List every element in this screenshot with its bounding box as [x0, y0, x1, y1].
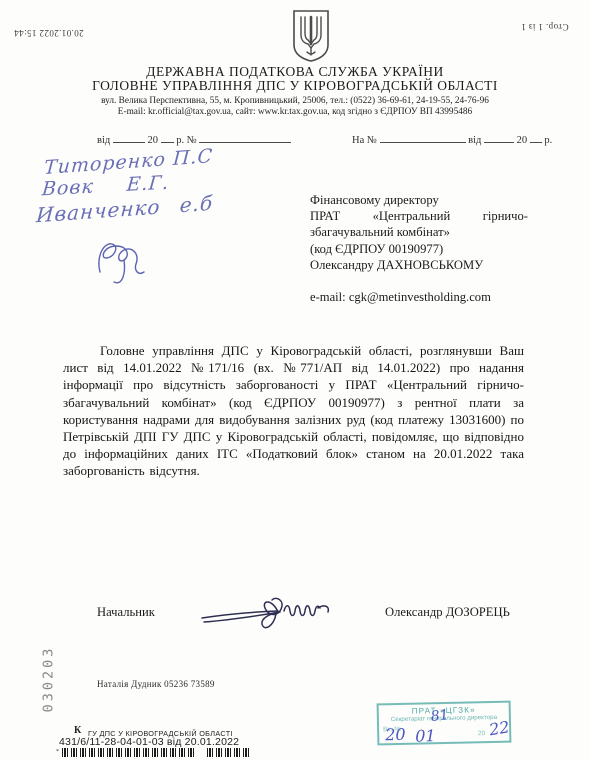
org-contacts: E-mail: kr.official@tax.gov.ua, сайт: ww… — [0, 107, 590, 117]
handwritten-signature — [200, 592, 350, 640]
signer-name: Олександр ДОЗОРЕЦЬ — [385, 605, 510, 620]
recipient-email: e-mail: cgk@metinvestholding.com — [310, 289, 528, 305]
ref-blank — [199, 133, 291, 143]
org-name-line2: ГОЛОВНЕ УПРАВЛІННЯ ДПС У КІРОВОГРАДСЬКІЙ… — [0, 78, 590, 94]
ref-line-right: На № від 20 р. — [352, 133, 552, 146]
stamp-handwritten-year: 22 — [487, 717, 510, 739]
recipient-person: Олександру ДАХНОВСЬКОМУ — [310, 257, 528, 273]
ref-from-label: від — [97, 135, 110, 146]
signer-position: Начальник — [97, 605, 155, 620]
barcode-start-mark: * — [56, 749, 59, 755]
ref-blank — [161, 133, 174, 143]
vertical-doc-code: 030203 — [40, 646, 56, 713]
ref-line-left: від 20 р. № — [97, 133, 291, 146]
stamp-handwritten-month: 01 — [415, 726, 436, 745]
barcode — [62, 748, 197, 757]
reg-number: 431/6/11-28-04-01-03 від 20.01.2022 — [59, 736, 239, 748]
scanned-letter-page: 20.01.2022 15:44 Стор. 1 із 1 ДЕРЖАВНА П… — [0, 0, 590, 761]
recipient-role: Фінансовому директору — [310, 192, 528, 208]
ref-blank — [380, 133, 466, 143]
page-number: Стор. 1 із 1 — [521, 22, 569, 32]
handwritten-initials-paraph — [90, 236, 150, 288]
ref-blank — [113, 133, 145, 143]
barcode — [207, 748, 250, 757]
stamp-handwritten-number: 81 — [430, 707, 450, 725]
letter-body-paragraph: Головне управління ДПС у Кіровоградській… — [63, 342, 524, 480]
ref-r-label: р. — [544, 135, 552, 146]
executor-contact: Наталія Дудник 05236 73589 — [97, 679, 215, 689]
stamp-handwritten-day: 20 — [385, 725, 406, 744]
ref-year-label: 20 — [517, 135, 528, 146]
ref-from-label: від — [468, 135, 481, 146]
ref-year-label: 20 — [147, 135, 158, 146]
stamp-printed-year: 20 — [478, 730, 485, 737]
ref-blank — [484, 133, 514, 143]
ref-blank — [530, 133, 542, 143]
reg-letter-k: К — [74, 725, 81, 736]
recipient-company-line2: збагачувальний комбінат» — [310, 224, 528, 240]
ref-onno-label: На № — [352, 135, 377, 146]
ukraine-trident-emblem-icon — [291, 9, 331, 63]
print-timestamp: 20.01.2022 15:44 — [14, 28, 84, 38]
recipient-company-line1: ПРАТ «Центральний гірничо- — [310, 208, 528, 224]
recipient-edrpou: (код ЄДРПОУ 00190977) — [310, 241, 528, 257]
ref-no-label: р. № — [176, 135, 197, 146]
incoming-stamp: ПРАТ «ЦГЗК» Секретаріат генерального дир… — [377, 701, 512, 746]
org-address: вул. Велика Перспективна, 55, м. Кропивн… — [0, 96, 590, 106]
recipient-block: Фінансовому директору ПРАТ «Центральний … — [310, 192, 528, 305]
